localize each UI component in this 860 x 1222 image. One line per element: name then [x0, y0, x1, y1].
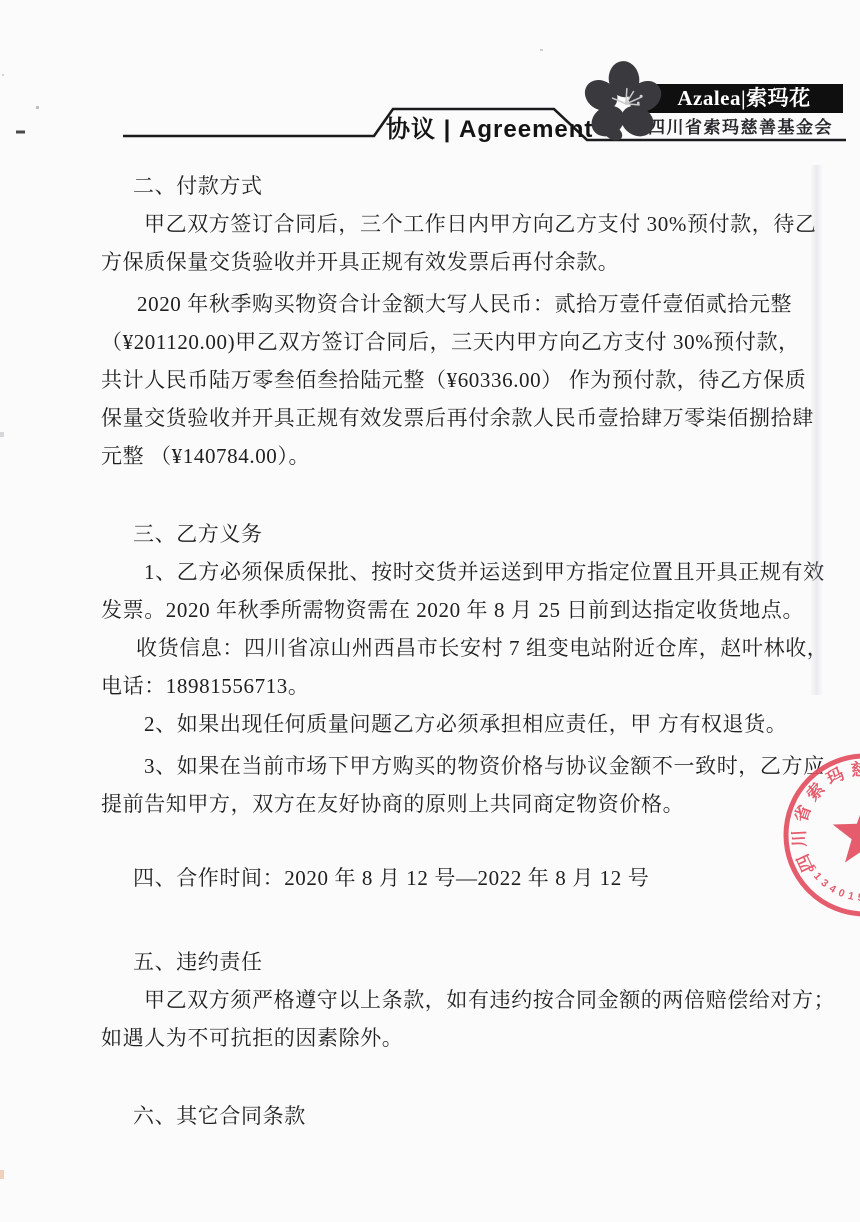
line-price-clause-2: 提前告知甲方，双方在友好协商的原则上共同商定物资价格。	[101, 788, 684, 818]
line-amount-3: 共计人民币陆万零叁佰叁拾陆元整（¥60336.00） 作为预付款，待乙方保质	[101, 364, 806, 394]
seal-arc-char: 川	[790, 829, 810, 847]
heading-payment-method: 二、付款方式	[133, 170, 263, 200]
scan-speck	[0, 1170, 4, 1179]
line-payment-2: 方保质保量交货验收并开具正规有效发票后再付余款。	[101, 246, 619, 276]
seal-serial-digit: 4	[827, 882, 838, 895]
line-phone: 电话：18981556713。	[101, 670, 310, 700]
scanned-agreement-page: 协议 | Agreement Azalea|索玛花 四川省索玛慈善基	[0, 0, 860, 1222]
line-amount-1: 2020 年秋季购买物资合计金额大写人民币：贰拾万壹仟壹佰贰拾元整	[137, 288, 792, 318]
line-duty-1: 1、乙方必须保质保批、按时交货并运送到甲方指定位置且开具正规有效	[144, 556, 825, 586]
line-amount-2: （¥201120.00)甲乙双方签订合同后，三天内甲方向乙方支付 30%预付款，	[101, 326, 800, 356]
line-amount-5: 元整 （¥140784.00）。	[101, 440, 310, 470]
seal-arc-char: 慈	[850, 759, 860, 780]
line-quality-clause: 2、如果出现任何质量问题乙方必须承担相应责任，甲 方有权退货。	[144, 708, 787, 738]
line-delivery-info: 收货信息：四川省凉山州西昌市长安村 7 组变电站附近仓库，赵叶林收，	[136, 632, 828, 662]
foundation-logo: Azalea|索玛花 四川省索玛慈善基金会	[560, 55, 860, 155]
azalea-flower-icon	[584, 60, 664, 144]
line-payment-1: 甲乙双方签订合同后，三个工作日内甲方向乙方支付 30%预付款，待乙	[144, 208, 817, 238]
scan-speck	[36, 106, 39, 109]
scan-speck	[0, 432, 4, 437]
line-breach-2: 如遇人为不可抗拒的因素除外。	[101, 1022, 403, 1052]
seal-serial-digit: 1	[847, 890, 856, 903]
logo-brand-bar: Azalea|索玛花	[645, 84, 843, 113]
official-seal-stamp: 四 川 省 索 玛 慈 5 1 3 4 0 1 5 0	[775, 746, 860, 928]
heading-cooperation-time: 四、合作时间：2020 年 8 月 12 号—2022 年 8 月 12 号	[133, 862, 649, 892]
red-star-icon	[833, 801, 860, 863]
line-breach-1: 甲乙双方须严格遵守以上条款，如有违约按合同金额的两倍赔偿给对方；	[144, 984, 835, 1014]
heading-other-terms: 六、其它合同条款	[133, 1100, 306, 1130]
scan-shadow	[810, 165, 823, 695]
heading-breach-liability: 五、违约责任	[133, 946, 263, 976]
logo-org-name: 四川省索玛慈善基金会	[648, 113, 833, 138]
line-amount-4: 保量交货验收并开具正规有效发票后再付余款人民币壹拾肆万零柒佰捌拾肆	[101, 402, 814, 432]
line-price-clause-1: 3、如果在当前市场下甲方购买的物资价格与协议金额不一致时，乙方应	[144, 750, 825, 780]
heading-partyb-duty: 三、乙方义务	[133, 518, 263, 548]
line-duty-2: 发票。2020 年秋季所需物资需在 2020 年 8 月 25 日前到达指定收货…	[101, 594, 804, 624]
seal-serial-digit: 0	[836, 887, 846, 900]
scan-speck	[540, 49, 543, 51]
scan-speck	[2, 74, 4, 76]
